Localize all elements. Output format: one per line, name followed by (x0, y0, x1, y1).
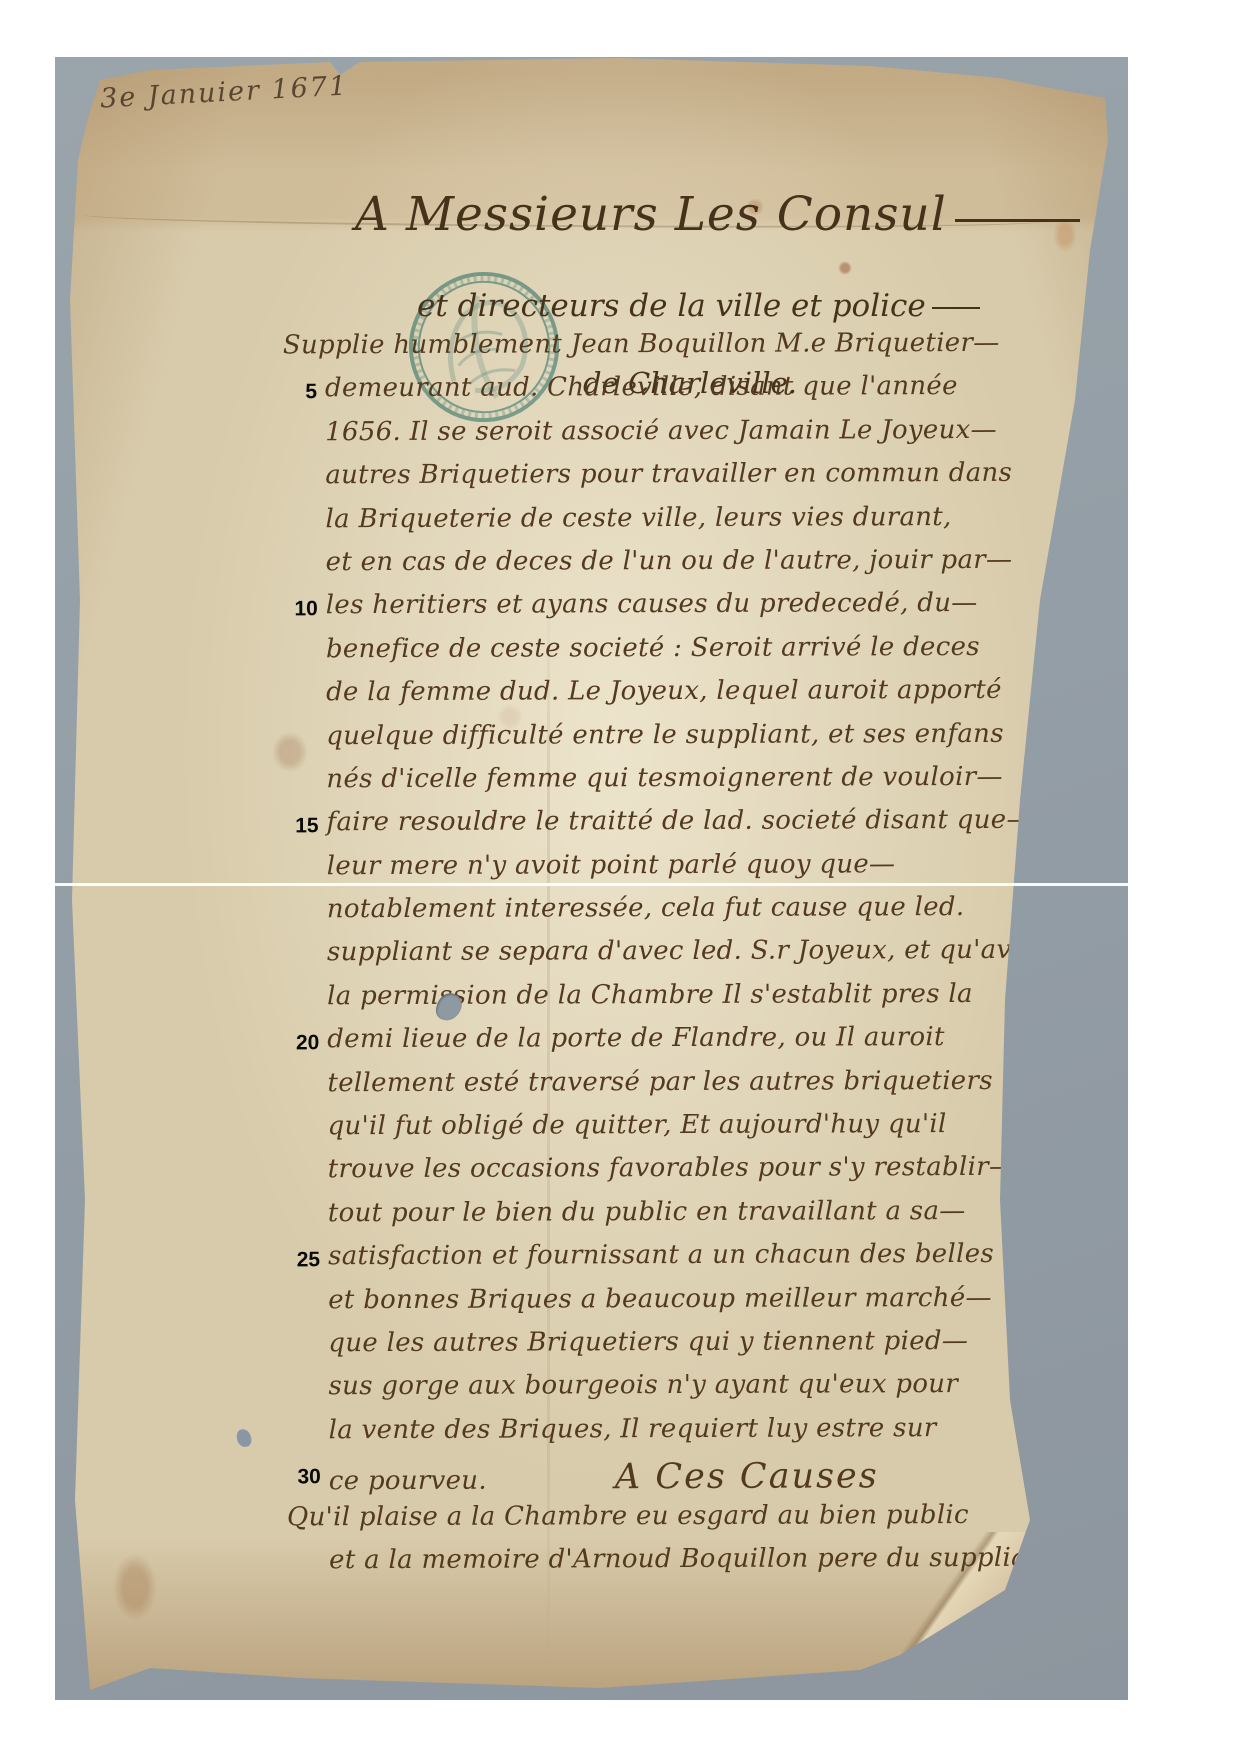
manuscript-line-text: sus gorge aux bourgeois n'y ayant qu'eux… (328, 1369, 958, 1401)
manuscript-line-text: benefice de ceste societé : Seroit arriv… (326, 632, 980, 664)
manuscript-line-text: de la femme dud. Le Joyeux, lequel auroi… (326, 675, 1002, 707)
manuscript-line-text: autres Briquetiers pour travailler en co… (325, 458, 1012, 490)
manuscript-line: 25satisfaction et fournissant a un chacu… (328, 1239, 1028, 1285)
manuscript-line: autres Briquetiers pour travailler en co… (325, 458, 1025, 504)
line-number-label: 10 (286, 598, 318, 622)
heading-line-1: A Messieurs Les Consul (355, 187, 1035, 242)
manuscript-line: tout pour le bien du public en travailla… (328, 1196, 1028, 1242)
manuscript-line-text: satisfaction et fournissant a un chacun … (328, 1239, 994, 1271)
manuscript-line-text: que les autres Briquetiers qui y tiennen… (328, 1326, 968, 1358)
date-annotation: 3e Januier 1671 (99, 71, 349, 115)
scan-background: 3e Januier 1671 A Messieurs Les Consul e… (55, 57, 1128, 1700)
manuscript-line: et en cas de deces de l'un ou de l'autre… (326, 545, 1026, 591)
manuscript-line-text: Qu'il plaise a la Chambre eu esgard au b… (287, 1500, 969, 1532)
manuscript-line-text: et a la memoire d'Arnoud Boquillon pere … (329, 1543, 1055, 1576)
manuscript-line-text: Supplie humblement Jean Boquillon M.e Br… (283, 328, 1000, 361)
manuscript-line: la vente des Briques, Il requiert luy es… (329, 1413, 1029, 1459)
manuscript-line-text: demeurant aud. Charleville, disant que l… (325, 371, 958, 403)
manuscript-line: 15faire resouldre le traitté de lad. soc… (326, 805, 1026, 851)
manuscript-line: tellement esté traversé par les autres b… (327, 1065, 1027, 1111)
manuscript-line: la Briqueterie de ceste ville, leurs vie… (325, 501, 1025, 547)
manuscript-line: notablement interessée, cela fut cause q… (327, 892, 1027, 938)
manuscript-line-text: 1656. Il se seroit associé avec Jamain L… (325, 415, 997, 447)
paper-damage-spot (235, 1428, 252, 1449)
line-number-label: 30 (289, 1465, 321, 1489)
line-number-label: 25 (288, 1248, 320, 1272)
manuscript-line: 10les heritiers et ayans causes du prede… (326, 588, 1026, 634)
manuscript-line: suppliant se separa d'avec led. S.r Joye… (327, 935, 1027, 981)
manuscript-line: qu'il fut obligé de quitter, Et aujourd'… (328, 1109, 1028, 1155)
manuscript-line-text: tout pour le bien du public en travailla… (328, 1196, 966, 1228)
manuscript-line-text: les heritiers et ayans causes du predece… (326, 588, 978, 620)
manuscript-line: trouve les occasions favorables pour s'y… (328, 1152, 1028, 1198)
manuscript-line: 30ce pourveu.A Ces Causes (329, 1456, 1029, 1502)
manuscript-line: benefice de ceste societé : Seroit arriv… (326, 632, 1026, 678)
manuscript-line: nés d'icelle femme qui tesmoignerent de … (326, 762, 1026, 808)
heading-line-2: et directeurs de la ville et police (417, 288, 1035, 324)
line-number-label: 20 (287, 1031, 319, 1055)
manuscript-line: sus gorge aux bourgeois n'y ayant qu'eux… (328, 1369, 1028, 1415)
manuscript-emphasis-text: A Ces Causes (615, 1456, 879, 1497)
manuscript-line-text: notablement interessée, cela fut cause q… (327, 892, 965, 924)
manuscript-line-text: leur mere n'y avoit point parlé quoy que… (327, 849, 896, 881)
manuscript-line-text: trouve les occasions favorables pour s'y… (328, 1152, 1016, 1184)
manuscript-line: la permission de la Chambre Il s'establi… (327, 979, 1027, 1025)
manuscript-line-text: et en cas de deces de l'un ou de l'autre… (326, 545, 1013, 577)
manuscript-line-text: la vente des Briques, Il requiert luy es… (329, 1413, 937, 1445)
manuscript-line: Supplie humblement Jean Boquillon M.e Br… (283, 328, 1025, 374)
paper-sheet: 3e Januier 1671 A Messieurs Les Consul e… (55, 57, 1128, 1700)
manuscript-line: Qu'il plaise a la Chambre eu esgard au b… (287, 1499, 1029, 1545)
line-number-label: 5 (285, 381, 317, 405)
manuscript-line-text: quelque difficulté entre le suppliant, e… (326, 718, 1004, 750)
manuscript-line: quelque difficulté entre le suppliant, e… (326, 718, 1026, 764)
manuscript-line: de la femme dud. Le Joyeux, lequel auroi… (326, 675, 1026, 721)
manuscript-line: 20demi lieue de la porte de Flandre, ou … (327, 1022, 1027, 1068)
manuscript-line-text: la permission de la Chambre Il s'establi… (327, 979, 973, 1011)
manuscript-line: leur mere n'y avoit point parlé quoy que… (327, 848, 1027, 894)
manuscript-line-text: la Briqueterie de ceste ville, leurs vie… (325, 502, 951, 534)
manuscript-line: 1656. Il se seroit associé avec Jamain L… (325, 415, 1025, 461)
manuscript-line: que les autres Briquetiers qui y tiennen… (328, 1326, 1028, 1372)
manuscript-line: et bonnes Briques a beaucoup meilleur ma… (328, 1282, 1028, 1328)
manuscript-line-text: tellement esté traversé par les autres b… (327, 1066, 993, 1098)
scan-splice-line (0, 883, 1240, 886)
manuscript-line-text: ce pourveu. (329, 1466, 487, 1497)
manuscript-line-text: et bonnes Briques a beaucoup meilleur ma… (328, 1282, 992, 1314)
manuscript-line: et a la memoire d'Arnoud Boquillon pere … (329, 1543, 1029, 1589)
manuscript-line-text: qu'il fut obligé de quitter, Et aujourd'… (328, 1109, 947, 1141)
scanned-manuscript-page: 3e Januier 1671 A Messieurs Les Consul e… (0, 0, 1240, 1754)
manuscript-line-text: demi lieue de la porte de Flandre, ou Il… (327, 1022, 945, 1054)
manuscript-body: Supplie humblement Jean Boquillon M.e Br… (325, 328, 1029, 1589)
manuscript-line-text: nés d'icelle femme qui tesmoignerent de … (326, 762, 1002, 794)
manuscript-line-text: suppliant se separa d'avec led. S.r Joye… (327, 935, 1042, 967)
manuscript-line-text: faire resouldre le traitté de lad. socie… (326, 805, 1032, 837)
line-number-label: 15 (286, 815, 318, 839)
manuscript-line: 5demeurant aud. Charleville, disant que … (325, 371, 1025, 417)
